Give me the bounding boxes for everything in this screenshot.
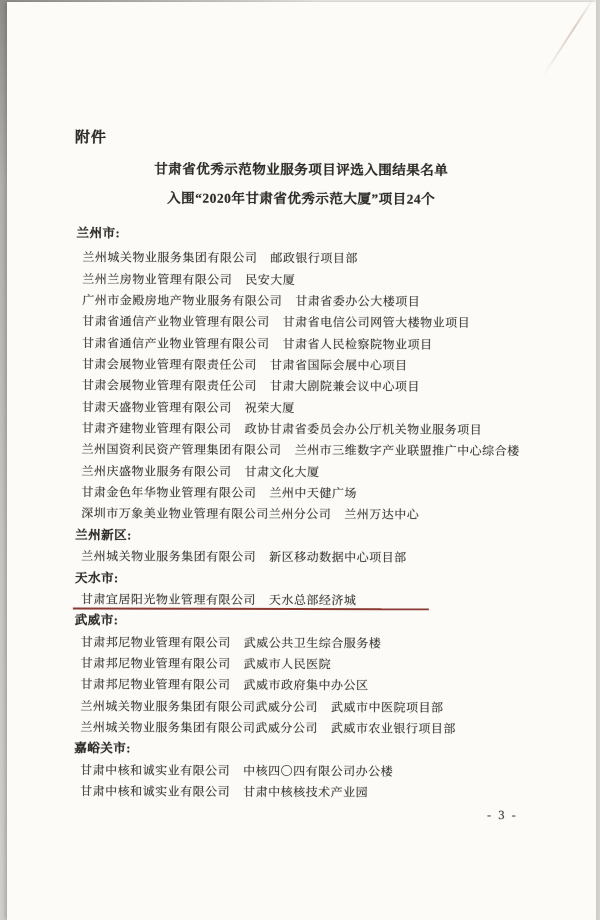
project-name: 天水总部经济城 <box>269 593 357 607</box>
project-name: 武威市中医院项目部 <box>331 700 444 714</box>
project-name: 甘肃省国际会展中心项目 <box>270 358 408 373</box>
project-name: 兰州中天健广场 <box>269 486 357 500</box>
company-name: 兰州城关物业服务集团有限公司 <box>82 250 257 265</box>
entry-row: 甘肃省通信产业物业管理有限公司甘肃省人民检察院物业项目 <box>82 333 565 356</box>
project-name: 甘肃文化大厦 <box>244 465 319 479</box>
entry-row: 甘肃中核和诚实业有限公司中核四〇四有限公司办公楼 <box>80 760 563 783</box>
project-name: 祝荣大厦 <box>245 401 295 415</box>
project-name: 武威公共卫生综合服务楼 <box>244 635 382 650</box>
entry-row: 甘肃邦尼物业管理有限公司武威市政府集中办公区 <box>80 674 563 697</box>
entry-row: 兰州城关物业服务集团有限公司武威分公司武威市中医院项目部 <box>80 696 563 719</box>
company-name: 甘肃中核和诚实业有限公司 <box>80 763 230 778</box>
project-name: 政协甘肃省委员会办公厅机关物业服务项目 <box>245 422 483 437</box>
project-name: 甘肃省电信公司网管大楼物业项目 <box>283 315 471 330</box>
company-name: 甘肃邦尼物业管理有限公司 <box>81 656 231 671</box>
entry-row: 兰州庆盛物业服务有限公司甘肃文化大厦 <box>81 461 564 484</box>
company-name: 甘肃金色年华物业管理有限公司 <box>81 485 256 500</box>
company-name: 甘肃天盛物业管理有限公司 <box>82 400 232 415</box>
document-subtitle: 入围“2020年甘肃省优秀示范大厦”项目24个 <box>7 186 596 209</box>
project-name: 中核四〇四有限公司办公楼 <box>243 763 393 778</box>
entry-row: 广州市金殿房地产物业服务有限公司甘肃省委办公大楼项目 <box>82 290 565 313</box>
document-page: 附件 甘肃省优秀示范物业服务项目评选入围结果名单 入围“2020年甘肃省优秀示范… <box>7 2 596 920</box>
entry-row: 甘肃金色年华物业管理有限公司兰州中天健广场 <box>81 482 564 505</box>
project-name: 兰州市三维数字产业联盟推广中心综合楼 <box>295 444 520 459</box>
company-name: 甘肃省通信产业物业管理有限公司 <box>82 336 270 351</box>
entry-row: 甘肃会展物业管理有限责任公司甘肃大剧院兼会议中心项目 <box>82 376 565 399</box>
section-lanzhou: 兰州市: 兰州城关物业服务集团有限公司邮政银行项目部 兰州兰房物业管理有限公司民… <box>81 223 565 527</box>
entry-row-underlined: 甘肃宜居阳光物业管理有限公司天水总部经济城 <box>81 589 357 612</box>
company-name: 甘肃会展物业管理有限责任公司 <box>82 379 257 394</box>
company-name: 甘肃齐建物业管理有限公司 <box>82 421 232 436</box>
project-name: 甘肃大剧院兼会议中心项目 <box>270 379 420 394</box>
entry-row: 兰州城关物业服务集团有限公司邮政银行项目部 <box>82 247 565 270</box>
entry-row: 甘肃齐建物业管理有限公司政协甘肃省委员会办公厅机关物业服务项目 <box>82 418 565 441</box>
section-header: 嘉峪关市: <box>74 738 563 761</box>
section-header: 武威市: <box>75 610 564 633</box>
company-name: 甘肃中核和诚实业有限公司 <box>80 784 230 799</box>
section-header: 兰州新区: <box>75 525 564 548</box>
entry-row: 甘肃邦尼物业管理有限公司武威公共卫生综合服务楼 <box>81 632 564 655</box>
company-name: 兰州城关物业服务集团有限公司武威分公司 <box>80 720 318 735</box>
section-lanzhou-new-area: 兰州新区: 兰州城关物业服务集团有限公司新区移动数据中心项目部 <box>81 525 564 570</box>
section-wuwei: 武威市: 甘肃邦尼物业管理有限公司武威公共卫生综合服务楼 甘肃邦尼物业管理有限公… <box>80 610 564 740</box>
company-name: 兰州城关物业服务集团有限公司武威分公司 <box>80 699 318 714</box>
project-name: 甘肃中核核技术产业园 <box>243 785 368 800</box>
entry-row: 兰州城关物业服务集团有限公司新区移动数据中心项目部 <box>81 546 564 569</box>
entry-row: 甘肃省通信产业物业管理有限公司甘肃省电信公司网管大楼物业项目 <box>82 312 565 335</box>
project-name: 邮政银行项目部 <box>270 251 358 265</box>
section-tianshui: 天水市: 甘肃宜居阳光物业管理有限公司天水总部经济城 <box>81 568 564 613</box>
entry-row: 兰州城关物业服务集团有限公司武威分公司武威市农业银行项目部 <box>80 717 563 740</box>
entry-row: 深圳市万象美业物业管理有限公司兰州分公司兰州万达中心 <box>81 504 564 527</box>
project-name: 甘肃省委办公大楼项目 <box>295 294 420 309</box>
company-name: 兰州庆盛物业服务有限公司 <box>81 464 231 479</box>
company-name: 甘肃邦尼物业管理有限公司 <box>81 635 231 650</box>
section-jiayuguan: 嘉峪关市: 甘肃中核和诚实业有限公司中核四〇四有限公司办公楼 甘肃中核和诚实业有… <box>80 738 563 804</box>
entry-row: 甘肃会展物业管理有限责任公司甘肃省国际会展中心项目 <box>82 354 565 377</box>
company-name: 甘肃省通信产业物业管理有限公司 <box>82 315 270 330</box>
scanned-document: 附件 甘肃省优秀示范物业服务项目评选入围结果名单 入围“2020年甘肃省优秀示范… <box>0 0 600 920</box>
company-name: 兰州兰房物业管理有限公司 <box>82 272 232 287</box>
company-name: 甘肃邦尼物业管理有限公司 <box>81 677 231 692</box>
project-name: 武威市农业银行项目部 <box>331 721 456 736</box>
project-name: 民安大厦 <box>245 273 295 287</box>
company-name: 广州市金殿房地产物业服务有限公司 <box>82 293 282 308</box>
attachment-label: 附件 <box>75 126 107 147</box>
project-list: 兰州市: 兰州城关物业服务集团有限公司邮政银行项目部 兰州兰房物业管理有限公司民… <box>80 223 566 804</box>
project-name: 武威市政府集中办公区 <box>244 678 369 693</box>
section-header: 兰州市: <box>76 223 565 246</box>
company-name: 甘肃会展物业管理有限责任公司 <box>82 357 257 372</box>
project-name: 新区移动数据中心项目部 <box>269 550 407 565</box>
entry-row: 甘肃天盛物业管理有限公司祝荣大厦 <box>82 397 565 420</box>
project-name: 甘肃省人民检察院物业项目 <box>283 337 433 352</box>
company-name: 兰州国资利民资产管理集团有限公司 <box>82 443 282 458</box>
project-name: 兰州万达中心 <box>344 508 419 522</box>
section-header: 天水市: <box>75 568 564 591</box>
entry-row: 兰州兰房物业管理有限公司民安大厦 <box>82 269 565 292</box>
entry-row: 甘肃中核和诚实业有限公司甘肃中核核技术产业园 <box>80 781 563 804</box>
scanner-edge-right <box>596 0 600 920</box>
company-name: 深圳市万象美业物业管理有限公司兰州分公司 <box>81 507 331 522</box>
page-content: 附件 甘肃省优秀示范物业服务项目评选入围结果名单 入围“2020年甘肃省优秀示范… <box>4 2 597 920</box>
page-number: - 3 - <box>487 808 518 823</box>
entry-row: 甘肃邦尼物业管理有限公司武威市人民医院 <box>81 653 564 676</box>
company-name: 兰州城关物业服务集团有限公司 <box>81 549 256 564</box>
document-title: 甘肃省优秀示范物业服务项目评选入围结果名单 <box>7 157 596 180</box>
entry-row: 兰州国资利民资产管理集团有限公司兰州市三维数字产业联盟推广中心综合楼 <box>82 440 565 463</box>
company-name: 甘肃宜居阳光物业管理有限公司 <box>81 592 256 607</box>
project-name: 武威市人民医院 <box>244 657 332 671</box>
